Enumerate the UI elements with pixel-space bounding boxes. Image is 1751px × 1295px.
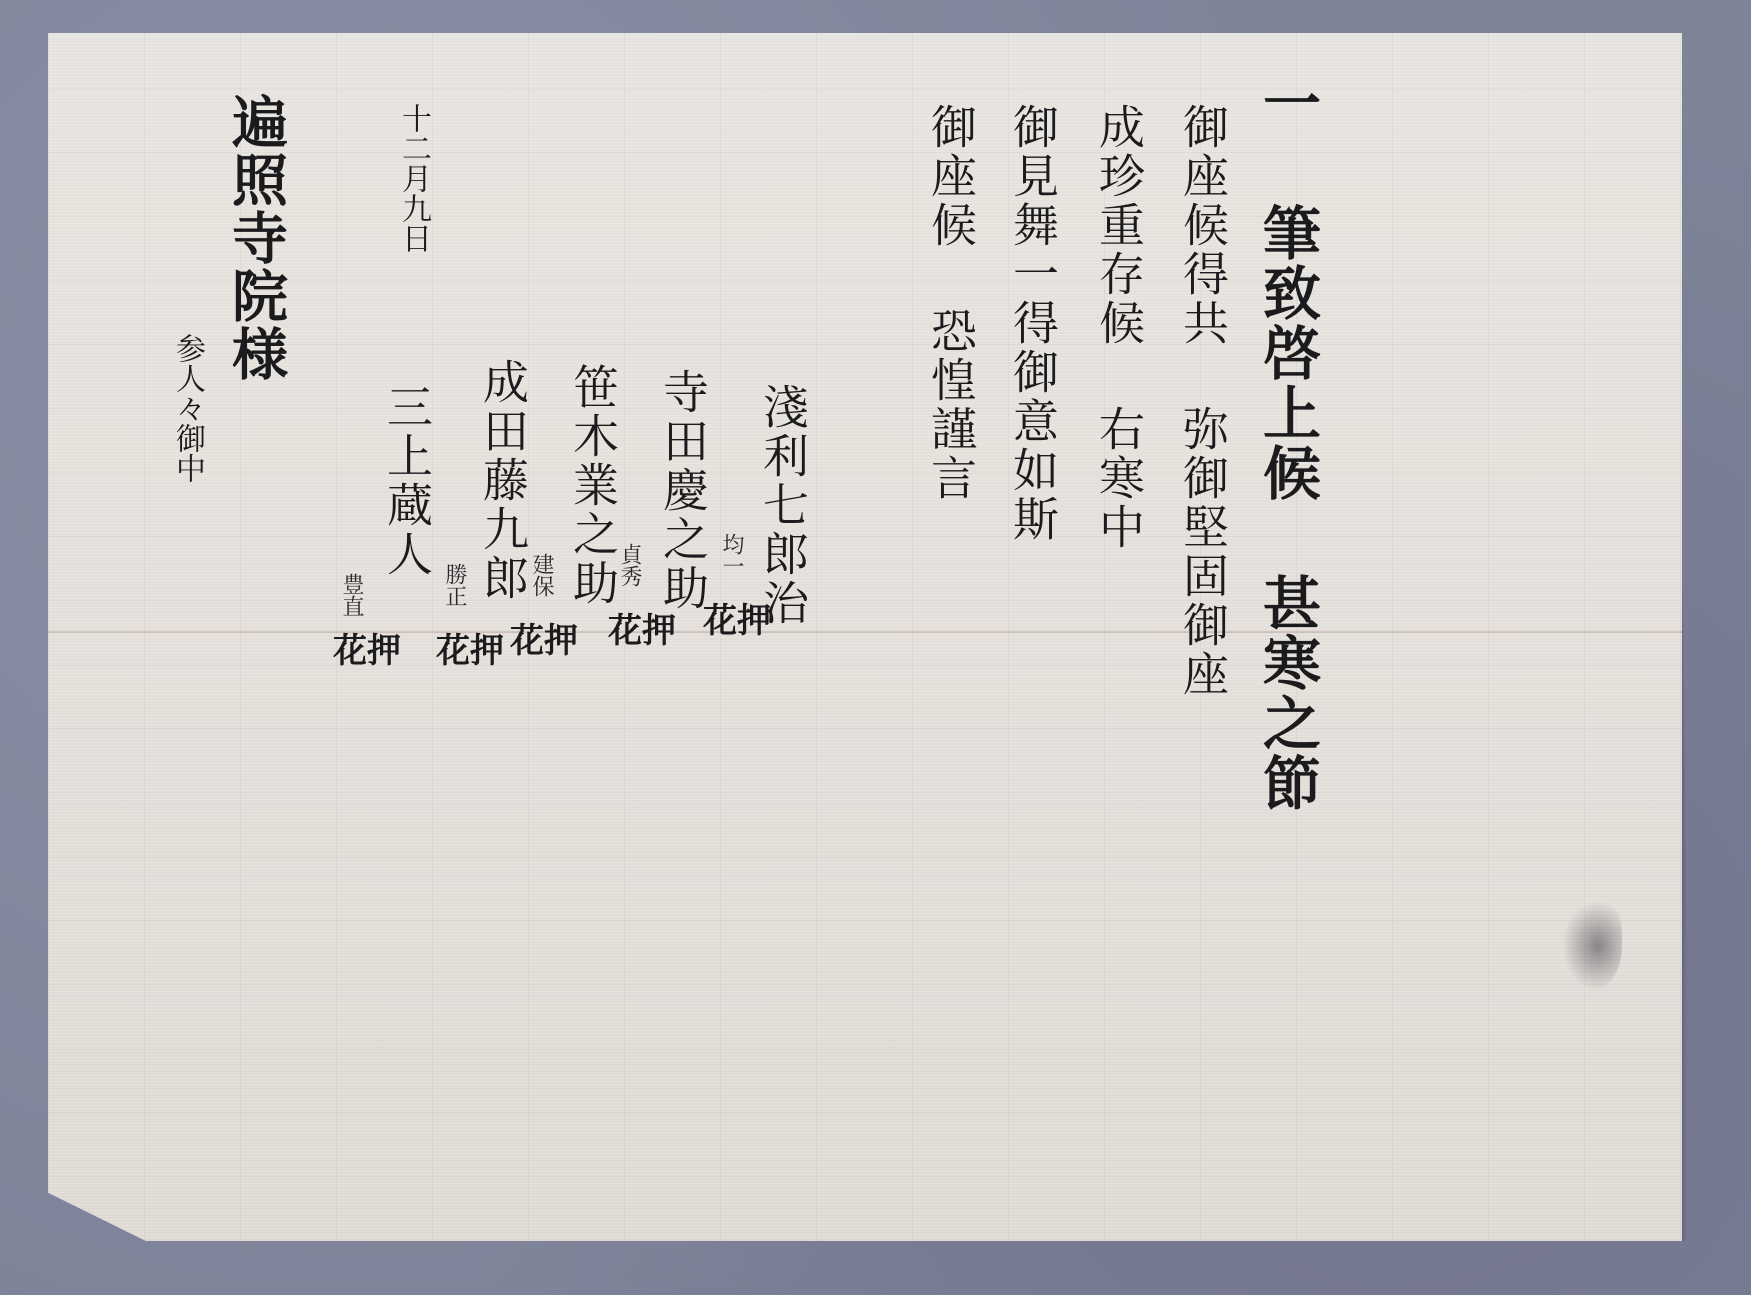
body-column-4: 御見舞一得御意如斯 [1010, 103, 1056, 544]
addressee-note: 参人々御中 [172, 333, 202, 483]
signatory-3-name: 笹木業之助 [570, 363, 616, 608]
body-column-1: 一 筆致啓上候 甚寒之節 [1258, 73, 1316, 813]
signatory-1-name: 淺利七郎治 [760, 383, 806, 628]
body-column-5: 御座候 恐惶謹言 [928, 103, 974, 503]
signatory-2-seal: 花押 [608, 603, 676, 652]
signatory-2-given: 貞秀 [618, 543, 640, 587]
signatory-1-seal: 花押 [703, 593, 771, 642]
signatory-4-given: 勝正 [443, 563, 465, 607]
signatory-4-name: 成田藤九郎 [480, 358, 526, 603]
letter-paper: 一 筆致啓上候 甚寒之節 御座候得共 弥御堅固御座 成珍重存候 右寒中 御見舞一… [48, 33, 1682, 1241]
signatory-3-given: 建保 [530, 553, 552, 597]
signatory-1-given: 均一 [720, 533, 742, 577]
signatory-4-seal: 花押 [436, 623, 504, 672]
addressee: 遍照寺院様 [228, 93, 284, 383]
ink-stain [1562, 901, 1622, 991]
letter-date: 十二月九日 [398, 103, 428, 253]
fold-line [48, 631, 1682, 633]
body-column-3: 成珍重存候 右寒中 [1096, 103, 1142, 552]
signatory-5-given: 豊直 [340, 573, 362, 617]
body-column-2: 御座候得共 弥御堅固御座 [1180, 103, 1226, 699]
signatory-5-seal: 花押 [333, 623, 401, 672]
signatory-3-seal: 花押 [510, 613, 578, 662]
signatory-2-name: 寺田慶之助 [660, 368, 706, 613]
signatory-5-name: 三上蔵人 [384, 383, 430, 579]
